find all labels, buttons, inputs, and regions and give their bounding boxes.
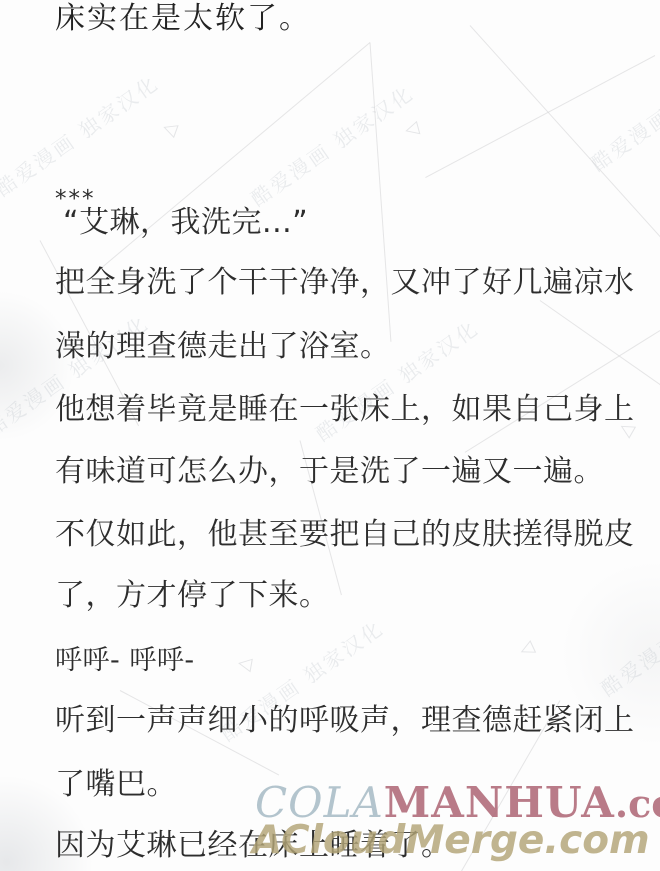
diagonal-watermark-stamp: 酷爱漫画 独家汉化 [594,567,660,702]
manhua-text-page: 酷爱漫画 独家汉化 酷爱漫画 独家汉化 酷爱漫画 独家汉化 酷爱漫画 独家汉化 … [0,0,660,871]
triangle-mark-icon: ◁ [517,638,537,660]
text-line: 床实在是太软了。 [55,2,311,36]
text-line: 他想着毕竟是睡在一张床上，如果自己身上 [55,393,635,427]
text-line: 了，方才停了下来。 [55,579,330,613]
sound-effect-line: 呼呼- 呼呼- [55,644,195,678]
dialogue-line: “艾琳，我洗完...” [63,206,308,240]
text-line: 有味道可怎么办，于是洗了一遍又一遍。 [55,455,604,489]
triangle-mark-icon: ◁ [237,654,254,674]
triangle-mark-icon: ◁ [160,118,179,140]
diagonal-watermark-stamp: 酷爱漫画 独家汉化 [244,77,419,212]
text-line: 不仅如此，他甚至要把自己的皮肤搓得脱皮 [55,518,635,552]
site-watermark-merge: ACloudMerge.com [252,818,650,863]
text-line: 了嘴巴。 [55,768,177,802]
triangle-mark-icon: ◁ [403,119,421,140]
text-line: 把全身洗了个干干净净，又冲了好几遍凉水 [55,266,635,300]
text-line: 听到一声声细小的呼吸声，理查德赶紧闭上 [55,704,635,738]
text-line: 澡的理查德走出了浴室。 [55,330,391,364]
diagonal-watermark-stamp: 酷爱漫画 独家汉化 [584,42,660,177]
